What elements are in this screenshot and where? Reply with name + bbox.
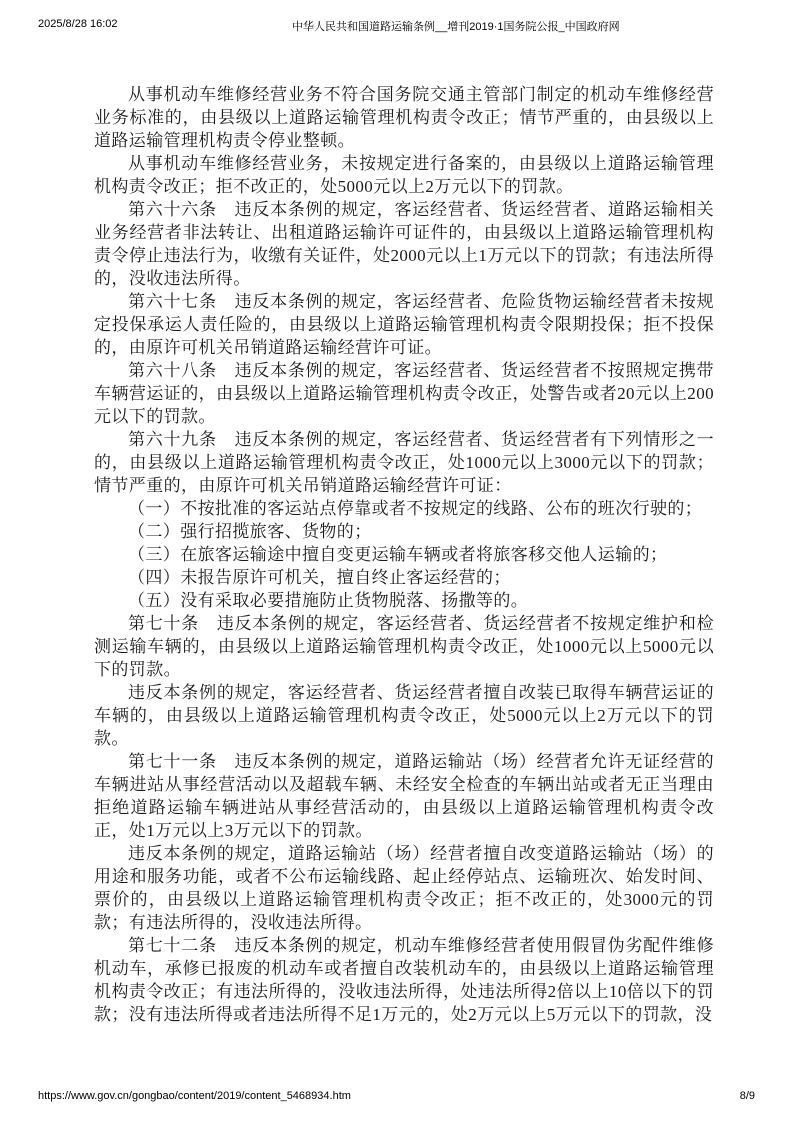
print-doc-title: 中华人民共和国道路运输条例__增刊2019·1国务院公报_中国政府网 bbox=[292, 18, 620, 34]
paragraph: 第七十一条 违反本条例的规定，道路运输站（场）经营者允许无证经营的车辆进站从事经… bbox=[94, 750, 714, 842]
paragraph: （三）在旅客运输途中擅自变更运输车辆或者将旅客移交他人运输的； bbox=[94, 543, 714, 566]
paragraph: 第六十七条 违反本条例的规定，客运经营者、危险货物运输经营者未按规定投保承运人责… bbox=[94, 290, 714, 359]
print-page-number: 8/9 bbox=[740, 1090, 755, 1102]
paragraph: 第七十条 违反本条例的规定，客运经营者、货运经营者不按规定维护和检测运输车辆的，… bbox=[94, 612, 714, 681]
print-datetime: 2025/8/28 16:02 bbox=[38, 18, 118, 30]
paragraph: 违反本条例的规定，道路运输站（场）经营者擅自改变道路运输站（场）的用途和服务功能… bbox=[94, 842, 714, 934]
document-body: 从事机动车维修经营业务不符合国务院交通主管部门制定的机动车维修经营业务标准的，由… bbox=[94, 83, 714, 1058]
print-url: https://www.gov.cn/gongbao/content/2019/… bbox=[38, 1090, 351, 1102]
paragraph: 从事机动车维修经营业务不符合国务院交通主管部门制定的机动车维修经营业务标准的，由… bbox=[94, 83, 714, 152]
paragraph: 第七十二条 违反本条例的规定，机动车维修经营者使用假冒伪劣配件维修机动车，承修已… bbox=[94, 934, 714, 1026]
paragraph: 违反本条例的规定，客运经营者、货运经营者擅自改装已取得车辆营运证的车辆的，由县级… bbox=[94, 681, 714, 750]
print-footer: https://www.gov.cn/gongbao/content/2019/… bbox=[0, 1090, 793, 1106]
paragraph: 第六十六条 违反本条例的规定，客运经营者、货运经营者、道路运输相关业务经营者非法… bbox=[94, 198, 714, 290]
paragraph: （四）未报告原许可机关，擅自终止客运经营的； bbox=[94, 566, 714, 589]
printed-page: 2025/8/28 16:02 中华人民共和国道路运输条例__增刊2019·1国… bbox=[0, 0, 793, 1122]
paragraph: 第六十九条 违反本条例的规定，客运经营者、货运经营者有下列情形之一的，由县级以上… bbox=[94, 428, 714, 497]
paragraph: （二）强行招揽旅客、货物的； bbox=[94, 520, 714, 543]
paragraph: 第六十八条 违反本条例的规定，客运经营者、货运经营者不按照规定携带车辆营运证的，… bbox=[94, 359, 714, 428]
paragraph: （一）不按批准的客运站点停靠或者不按规定的线路、公布的班次行驶的； bbox=[94, 497, 714, 520]
print-header: 2025/8/28 16:02 中华人民共和国道路运输条例__增刊2019·1国… bbox=[0, 18, 793, 34]
paragraph: 从事机动车维修经营业务，未按规定进行备案的，由县级以上道路运输管理机构责令改正；… bbox=[94, 152, 714, 198]
paragraph: （五）没有采取必要措施防止货物脱落、扬撒等的。 bbox=[94, 589, 714, 612]
